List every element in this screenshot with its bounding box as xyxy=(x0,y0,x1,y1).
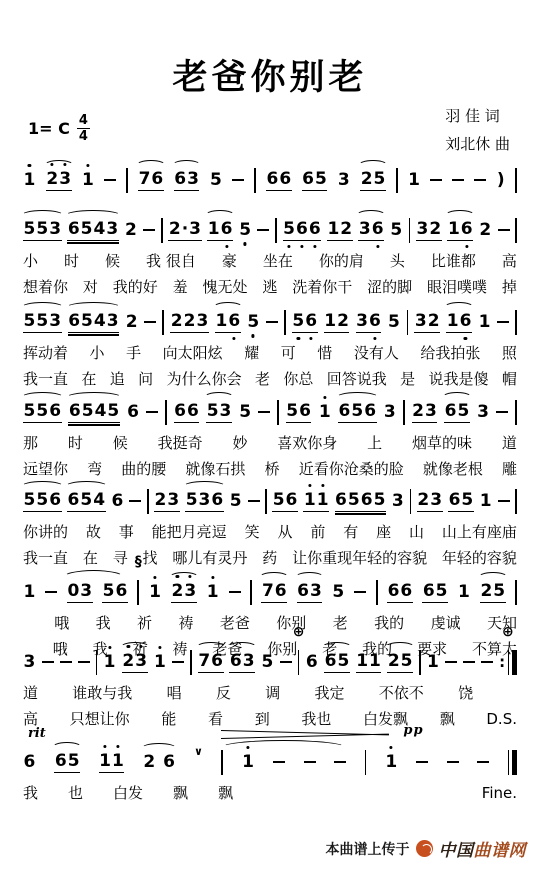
slur-arc xyxy=(336,392,379,403)
note-token: 56 xyxy=(292,311,318,333)
lyrics-row: 你讲的故事能把月亮逗笑从前有座山山上有座庙 xyxy=(23,523,517,542)
note-token: 5 xyxy=(387,312,400,333)
lyric-syllable: 惜 xyxy=(317,344,332,363)
note-char: 5 xyxy=(185,490,198,511)
slur-arc xyxy=(169,572,199,583)
site-brand-suffix: 曲谱网 xyxy=(474,841,527,861)
note-token: 1 xyxy=(242,752,255,773)
lyric-syllable: 时 xyxy=(64,252,79,271)
lyric-syllable: 我定 xyxy=(314,684,344,703)
slur-arc xyxy=(65,481,108,492)
dash-note xyxy=(129,500,141,502)
note-char: 6 xyxy=(187,401,200,422)
lyric-syllable: 向太阳炫 xyxy=(163,344,223,363)
lyric-syllable: 想着你 xyxy=(23,278,68,297)
site-logo-icon[interactable] xyxy=(416,840,433,857)
note-char: 6 xyxy=(400,581,413,602)
octave-dot-above xyxy=(153,576,156,579)
lyric-syllable: 在 xyxy=(83,549,98,568)
note-token: 36 xyxy=(358,219,384,241)
slur-arc xyxy=(204,392,234,403)
lyric-syllable: 耀 xyxy=(244,344,259,363)
note-char: 6 xyxy=(127,402,140,423)
dynamic-text: pp xyxy=(403,724,423,737)
lyric-syllable: 从 xyxy=(277,523,292,542)
lyric-syllable: 问 xyxy=(138,370,153,389)
dash-note xyxy=(78,661,90,663)
lyric-syllable: 时 xyxy=(68,434,83,453)
note-token: 5 xyxy=(390,220,403,241)
lyric-syllable: 羞 xyxy=(173,278,188,297)
note-char: 5 xyxy=(286,401,299,422)
note-char: 3 xyxy=(198,490,211,511)
note-char: 2 xyxy=(360,169,373,190)
note-char: 1 xyxy=(356,651,369,672)
dynamic-text: rit xyxy=(28,727,46,740)
lyric-syllable: 涩的脚 xyxy=(367,278,412,297)
dash-note xyxy=(172,661,184,663)
lyric-syllable: 洗着你干 xyxy=(292,278,352,297)
octave-dot-below xyxy=(376,245,379,248)
note-char: 5 xyxy=(493,581,506,602)
music-system: ritpp665112 6∨11我也白发飘飘Fine. xyxy=(23,747,517,803)
note-char: 6 xyxy=(285,490,298,511)
barline xyxy=(147,489,149,514)
music-systems: 12317663566653251)553654322·316556612365… xyxy=(0,0,540,870)
note-char: 5 xyxy=(36,401,49,422)
note-char: 3 xyxy=(189,219,202,240)
lyric-syllable: 反 xyxy=(216,684,231,703)
note-char: 6 xyxy=(174,401,187,422)
note-char: 6 xyxy=(448,490,461,511)
slur-arc xyxy=(205,210,235,221)
lyric-syllable: 前 xyxy=(310,523,325,542)
lyric-syllable: 我 很自 xyxy=(146,252,196,271)
lyric-syllable: 故 xyxy=(86,523,101,542)
lyric-syllable: 不依不 xyxy=(379,684,424,703)
note-token: 5 xyxy=(261,652,274,673)
note-char: 1 xyxy=(154,652,167,673)
note-char: 5 xyxy=(23,219,36,240)
note-token: 6 xyxy=(127,402,140,423)
note-token: 536 xyxy=(185,490,224,512)
note-char: 2 xyxy=(429,219,442,240)
octave-dot-below xyxy=(252,334,255,337)
note-char: 3 xyxy=(242,651,255,672)
note-token: 53 xyxy=(206,401,232,423)
lyric-syllable: 哦 xyxy=(54,614,69,633)
dash-note xyxy=(266,321,278,323)
lyric-syllable: 比谁都 xyxy=(431,252,476,271)
barline xyxy=(221,750,223,775)
dash-note xyxy=(498,500,510,502)
barline xyxy=(515,168,517,193)
note-char: 6 xyxy=(305,311,318,332)
note-token: 63 xyxy=(229,651,255,673)
note-char: 2 xyxy=(340,219,353,240)
dash-note xyxy=(248,500,260,502)
lyric-syllable: 头 xyxy=(390,252,405,271)
note-token: 65 xyxy=(444,401,470,423)
note-token: 66 xyxy=(266,169,292,191)
note-char: 0 xyxy=(67,581,80,602)
note-char: 2 xyxy=(170,311,183,332)
note-char: 1 xyxy=(206,582,219,603)
slur-arc xyxy=(21,210,64,221)
note-char: 3 xyxy=(430,490,443,511)
lyric-syllable: 在 xyxy=(81,370,96,389)
slur-arc xyxy=(322,642,352,653)
note-char: 3 xyxy=(383,402,396,423)
note-char: 1 xyxy=(318,402,331,423)
note-token: 63 xyxy=(297,581,323,603)
note-token: ) xyxy=(496,170,505,191)
note-token: 556 xyxy=(23,401,62,423)
note-char: 6 xyxy=(338,401,351,422)
note-char: 6 xyxy=(23,752,36,773)
barline xyxy=(515,310,517,335)
note-char: 1 xyxy=(479,491,492,512)
site-brand[interactable]: 中国曲谱网 xyxy=(439,836,527,861)
note-token: 12 xyxy=(324,311,350,333)
decrescendo-hairpin xyxy=(221,730,389,739)
note-char: 5 xyxy=(315,169,328,190)
lyric-syllable: 你的肩 xyxy=(319,252,364,271)
note-token: 32 xyxy=(416,219,442,241)
note-char: 6 xyxy=(54,751,67,772)
octave-dot-above xyxy=(211,576,214,579)
barline xyxy=(96,650,98,675)
lyrics-row: 道谁敢与我唱反调我定不依不饶 xyxy=(23,684,517,703)
slur-arc xyxy=(445,210,475,221)
note-char: 1 xyxy=(458,582,471,603)
notes-row: 553654322·31655661236532162 xyxy=(23,215,517,245)
lyric-syllable: 高 xyxy=(502,252,517,271)
slur-arc xyxy=(120,642,150,653)
note-char: 5 xyxy=(107,401,120,422)
note-char: 1 xyxy=(447,219,460,240)
note-char: 6 xyxy=(68,401,81,422)
note-char: 5 xyxy=(283,219,296,240)
lyric-syllable: 我的好 xyxy=(113,278,158,297)
note-char: 3 xyxy=(106,311,119,332)
lyric-syllable: 白发飘 xyxy=(363,710,408,729)
note-token: 2 xyxy=(479,220,492,241)
notes-row: 665112 6∨11 xyxy=(23,747,517,777)
note-char: 5 xyxy=(400,651,413,672)
barline xyxy=(265,489,267,514)
octave-dot-above xyxy=(390,746,393,749)
barline xyxy=(284,310,286,335)
dash-note xyxy=(463,661,475,663)
note-token: 65 xyxy=(324,651,350,673)
note-char: 6 xyxy=(151,169,164,190)
octave-dot-above xyxy=(308,484,311,487)
note-char: 6 xyxy=(266,169,279,190)
slur-arc xyxy=(295,572,325,583)
octave-dot-below xyxy=(244,242,247,245)
note-char: 6 xyxy=(308,219,321,240)
octave-dot-above xyxy=(108,646,111,649)
note-char: 5 xyxy=(36,311,49,332)
dash-note xyxy=(45,591,57,593)
note-char: 2 xyxy=(387,651,400,672)
note-char: · xyxy=(181,219,188,240)
octave-dot-above xyxy=(321,484,324,487)
note-char: 2 xyxy=(168,219,181,240)
dash-note xyxy=(104,179,116,181)
second-beam-line xyxy=(68,424,119,426)
barline: ⊕ xyxy=(298,650,300,675)
repeat-dots: : xyxy=(499,650,505,675)
lyric-syllable: 能 xyxy=(161,710,176,729)
lyric-syllable: 上 xyxy=(367,434,382,453)
lyric-syllable: 只想让你 xyxy=(70,710,130,729)
lyric-syllable: 对 xyxy=(83,278,98,297)
note-char: 5 xyxy=(206,401,219,422)
lyrics-row: 我一直在追问为什么你会老你总回答说我是说我是傻帽 xyxy=(23,370,517,389)
lyrics-row: 那时候我挺奇妙喜欢你身上烟草的味道 xyxy=(23,434,517,453)
note-char: 3 xyxy=(414,311,427,332)
lyric-syllable: 近看你沧桑的脸 xyxy=(299,460,404,479)
note-char: 6 xyxy=(305,652,318,673)
coda-icon: ⊕ xyxy=(293,625,305,639)
lyric-syllable: 谁敢与我 xyxy=(72,684,132,703)
lyric-syllable: 追 xyxy=(110,370,125,389)
note-token: 65 xyxy=(422,581,448,603)
note-token: 5 xyxy=(332,582,345,603)
note-char: 1 xyxy=(427,652,440,673)
slur-arc xyxy=(44,160,74,171)
note-char: 1 xyxy=(446,311,459,332)
note-char: 4 xyxy=(93,219,106,240)
note-char: 6 xyxy=(295,219,308,240)
barline xyxy=(515,400,517,425)
note-char: 1 xyxy=(242,752,255,773)
note-char: 5 xyxy=(229,491,242,512)
barline xyxy=(250,580,252,605)
lyrics-row: 我一直在寻找哪儿有灵丹药让你重现年轻的容貌年轻的容貌 xyxy=(23,549,517,568)
lyric-syllable: 就像石拱 xyxy=(185,460,245,479)
note-token: 1 xyxy=(478,312,491,333)
barline xyxy=(515,580,517,605)
note-token: 6543 xyxy=(67,219,118,241)
slur-arc xyxy=(442,392,472,403)
note-token: 2 xyxy=(125,312,138,333)
octave-dot-below xyxy=(300,245,303,248)
lyric-syllable: 有 xyxy=(343,523,358,542)
lyric-syllable: 小 xyxy=(23,252,38,271)
note-token: 65 xyxy=(302,169,328,191)
note-char: 3 xyxy=(184,581,197,602)
barline: § xyxy=(137,580,139,605)
lyric-spacer xyxy=(263,784,452,803)
lyric-syllable: D.S. xyxy=(486,710,517,729)
note-char: 5 xyxy=(23,401,36,422)
note-char xyxy=(156,752,163,773)
note-char: 5 xyxy=(261,652,274,673)
note-char: 6 xyxy=(274,581,287,602)
note-token: 1 xyxy=(408,170,421,191)
note-char: 5 xyxy=(387,312,400,333)
note-token: 23 xyxy=(417,490,443,512)
note-token: 1 xyxy=(23,170,36,191)
note-token: 1 xyxy=(318,402,331,423)
note-char: 1 xyxy=(369,651,382,672)
repeat-end-barline: :⊕ xyxy=(499,650,517,675)
lyric-syllable: 飘 xyxy=(440,710,455,729)
note-token: 76 xyxy=(198,651,224,673)
music-system: 12317663566653251) xyxy=(23,165,517,195)
note-char: 3 xyxy=(167,490,180,511)
note-token: 6565 xyxy=(335,490,386,512)
octave-dot-below xyxy=(287,245,290,248)
note-token: 11 xyxy=(303,490,329,512)
note-char: 5 xyxy=(247,312,260,333)
note-token: 2·3 xyxy=(168,219,201,241)
notes-row: 12317663566653251) xyxy=(23,165,517,195)
slur-arc xyxy=(259,572,289,583)
note-token: 3 xyxy=(391,491,404,512)
octave-dot-below xyxy=(313,245,316,248)
lyric-syllable: 山上有座庙 xyxy=(442,523,517,542)
note-char: 7 xyxy=(198,651,211,672)
lyric-syllable: 烟草的味 xyxy=(412,434,472,453)
coda-icon: ⊕ xyxy=(502,625,514,639)
note-char: 2 xyxy=(125,312,138,333)
lyrics-row: 哦我祈祷老爸你别老我的虔诚天知 xyxy=(23,614,517,633)
lyric-syllable: 妙 xyxy=(232,434,247,453)
site-brand-cn: 中国 xyxy=(439,841,474,861)
note-char: 6 xyxy=(49,490,62,511)
lyric-syllable: 飘 xyxy=(218,784,233,803)
note-token: 2 6 xyxy=(143,752,176,773)
note-char: 3 xyxy=(23,652,36,673)
note-token: 556 xyxy=(23,490,62,512)
note-char: 6 xyxy=(68,311,81,332)
lyric-syllable: 小 xyxy=(90,344,105,363)
slur-arc xyxy=(358,160,388,171)
notes-row: 5566545666535561656323653 xyxy=(23,397,517,427)
lyric-syllable: 年轻的容貌 xyxy=(442,549,517,568)
note-token: 6545 xyxy=(68,401,119,423)
note-char: 6 xyxy=(335,490,348,511)
note-token: 23 xyxy=(46,169,72,191)
barline xyxy=(365,750,367,775)
slur-arc xyxy=(183,481,226,492)
lyric-syllable: 白发 xyxy=(113,784,143,803)
note-char: 5 xyxy=(457,401,470,422)
note-token: 566 xyxy=(283,219,322,241)
barline xyxy=(126,168,128,193)
note-char: 3 xyxy=(356,311,369,332)
lyric-syllable: 山 xyxy=(409,523,424,542)
note-char: 5 xyxy=(347,490,360,511)
dash-note xyxy=(144,321,156,323)
note-char: 6 xyxy=(460,219,473,240)
note-char: 4 xyxy=(94,401,107,422)
note-token: 65 xyxy=(54,751,80,773)
note-token: 3 xyxy=(337,170,350,191)
note-char: 3 xyxy=(310,581,323,602)
note-char: 5 xyxy=(373,490,386,511)
dash-note xyxy=(445,661,457,663)
note-char: 5 xyxy=(81,401,94,422)
note-char: 2 xyxy=(154,490,167,511)
dash-note xyxy=(60,661,72,663)
note-char: 2 xyxy=(480,581,493,602)
barline xyxy=(515,489,517,514)
lyric-syllable: 就像老根 xyxy=(423,460,483,479)
note-char: 6 xyxy=(279,169,292,190)
final-barline xyxy=(508,750,517,775)
note-token: 23 xyxy=(154,490,180,512)
lyrics-row: 高只想让你能看到我也白发飘飘D.S. xyxy=(23,710,517,729)
note-char: 5 xyxy=(80,490,93,511)
lyric-syllable: 候 xyxy=(105,252,120,271)
lyric-syllable: 为什么你会 xyxy=(167,370,242,389)
note-char: 6 xyxy=(115,581,128,602)
note-char: 3 xyxy=(358,219,371,240)
lyric-syllable: 可 xyxy=(281,344,296,363)
lyric-syllable: 老爸 xyxy=(220,614,250,633)
slur-arc xyxy=(66,392,121,403)
note-char: 1 xyxy=(478,312,491,333)
lyric-syllable: 让你重现年轻的容貌 xyxy=(292,549,427,568)
note-char: 5 xyxy=(81,311,94,332)
note-token: 16 xyxy=(446,311,472,333)
lyric-syllable: 帽 xyxy=(502,370,517,389)
second-beam-line xyxy=(335,513,386,515)
note-token: 11 xyxy=(356,651,382,673)
note-char: 5 xyxy=(23,311,36,332)
lyric-syllable: 远望你 xyxy=(23,460,68,479)
note-char: 1 xyxy=(207,219,220,240)
lyric-syllable: 笑 xyxy=(245,523,260,542)
note-char: 2 xyxy=(427,311,440,332)
lyric-syllable: 掉 xyxy=(502,278,517,297)
note-token: 5 xyxy=(247,312,260,333)
note-token: 3 xyxy=(23,652,36,673)
dash-note xyxy=(496,411,508,413)
lyric-syllable: 也 xyxy=(68,784,83,803)
note-char: 6 xyxy=(111,491,124,512)
lyric-syllable: 老 xyxy=(255,370,270,389)
note-token: 1 xyxy=(385,752,398,773)
note-token: 25 xyxy=(387,651,413,673)
dash-note xyxy=(304,761,316,763)
dash-note xyxy=(280,661,292,663)
note-char: 5 xyxy=(36,490,49,511)
note-token: 1 xyxy=(103,652,116,673)
note-char: 3 xyxy=(416,219,429,240)
note-token: 1 xyxy=(206,582,219,603)
lyrics-row: 小时候我 很自豪坐在你的肩头比谁都高 xyxy=(23,252,517,271)
dash-note xyxy=(474,179,486,181)
note-char: 5 xyxy=(239,402,252,423)
barline xyxy=(410,489,412,514)
note-char: 5 xyxy=(23,490,36,511)
lyric-syllable: 唱 xyxy=(167,684,182,703)
note-char: 3 xyxy=(477,402,490,423)
lyric-syllable: 雕 xyxy=(502,460,517,479)
note-char: 4 xyxy=(93,311,106,332)
lyric-syllable: 你总 xyxy=(283,370,313,389)
note-token: 76 xyxy=(261,581,287,603)
note-token: 56 xyxy=(272,490,298,512)
lyric-syllable: 我的 xyxy=(374,614,404,633)
note-char: 3 xyxy=(391,491,404,512)
